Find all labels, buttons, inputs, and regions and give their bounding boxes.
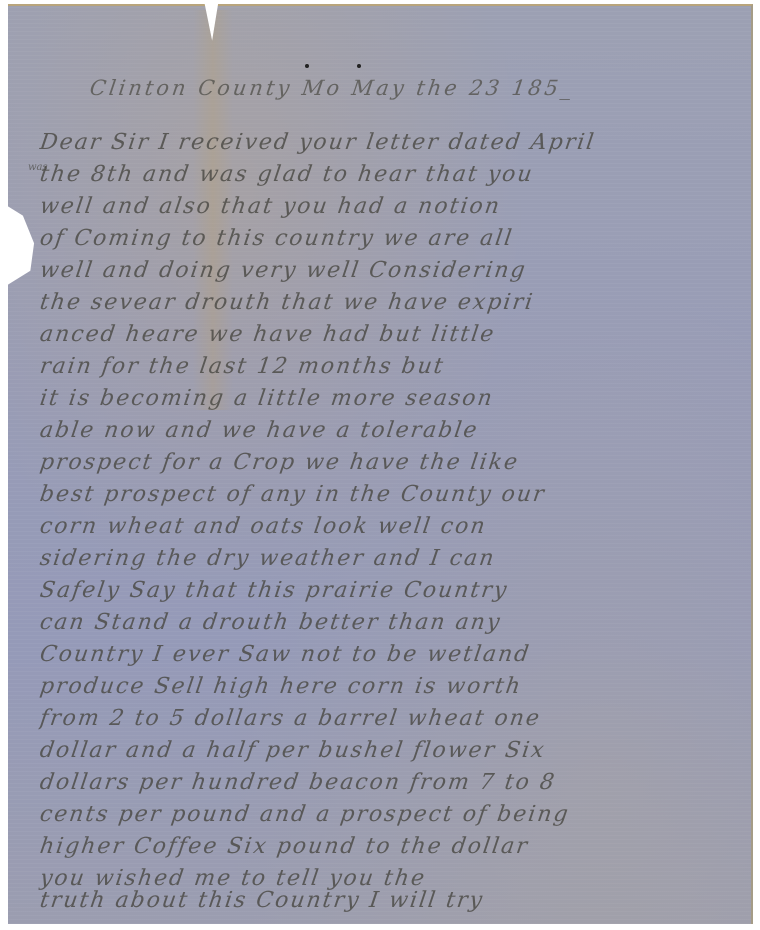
letter-line: corn wheat and oats look well con [38, 514, 744, 539]
letter-line: higher Coffee Six pound to the dollar [38, 834, 744, 859]
letter-line: sidering the dry weather and I can [38, 546, 744, 571]
letter-heading: Clinton County Mo May the 23 185_ [88, 76, 576, 100]
letter-line: Country I ever Saw not to be wetland [38, 642, 744, 667]
letter-line: dollars per hundred beacon from 7 to 8 [38, 770, 744, 795]
ink-blot [357, 64, 361, 68]
ink-blot [305, 64, 309, 68]
letter-line: prospect for a Crop we have the like [38, 450, 744, 475]
letter-line: anced heare we have had but little [38, 322, 744, 347]
letter-line: cents per pound and a prospect of being [38, 802, 744, 827]
letter-line: dollar and a half per bushel flower Six [38, 738, 744, 763]
letter-line: of Coming to this country we are all [38, 226, 744, 251]
letter-line: can Stand a drouth better than any [38, 610, 744, 635]
letter-line: the sevear drouth that we have expiri [38, 290, 744, 315]
letter-line: rain for the last 12 months but [38, 354, 744, 379]
letter-line: the 8th and was glad to hear that you [38, 162, 744, 187]
letter-line: from 2 to 5 dollars a barrel wheat one [38, 706, 744, 731]
letter-line: well and doing very well Considering [38, 258, 744, 283]
letter-line: best prospect of any in the County our [38, 482, 744, 507]
letter-line: truth about this Country I will try [38, 888, 744, 913]
letter-line: it is becoming a little more season [38, 386, 744, 411]
letter-line: produce Sell high here corn is worth [38, 674, 744, 699]
letter-line: Dear Sir I received your letter dated Ap… [38, 130, 744, 155]
letter-line: able now and we have a tolerable [38, 418, 744, 443]
letter-line: Safely Say that this prairie Country [38, 578, 744, 603]
letter-line: well and also that you had a notion [38, 194, 744, 219]
